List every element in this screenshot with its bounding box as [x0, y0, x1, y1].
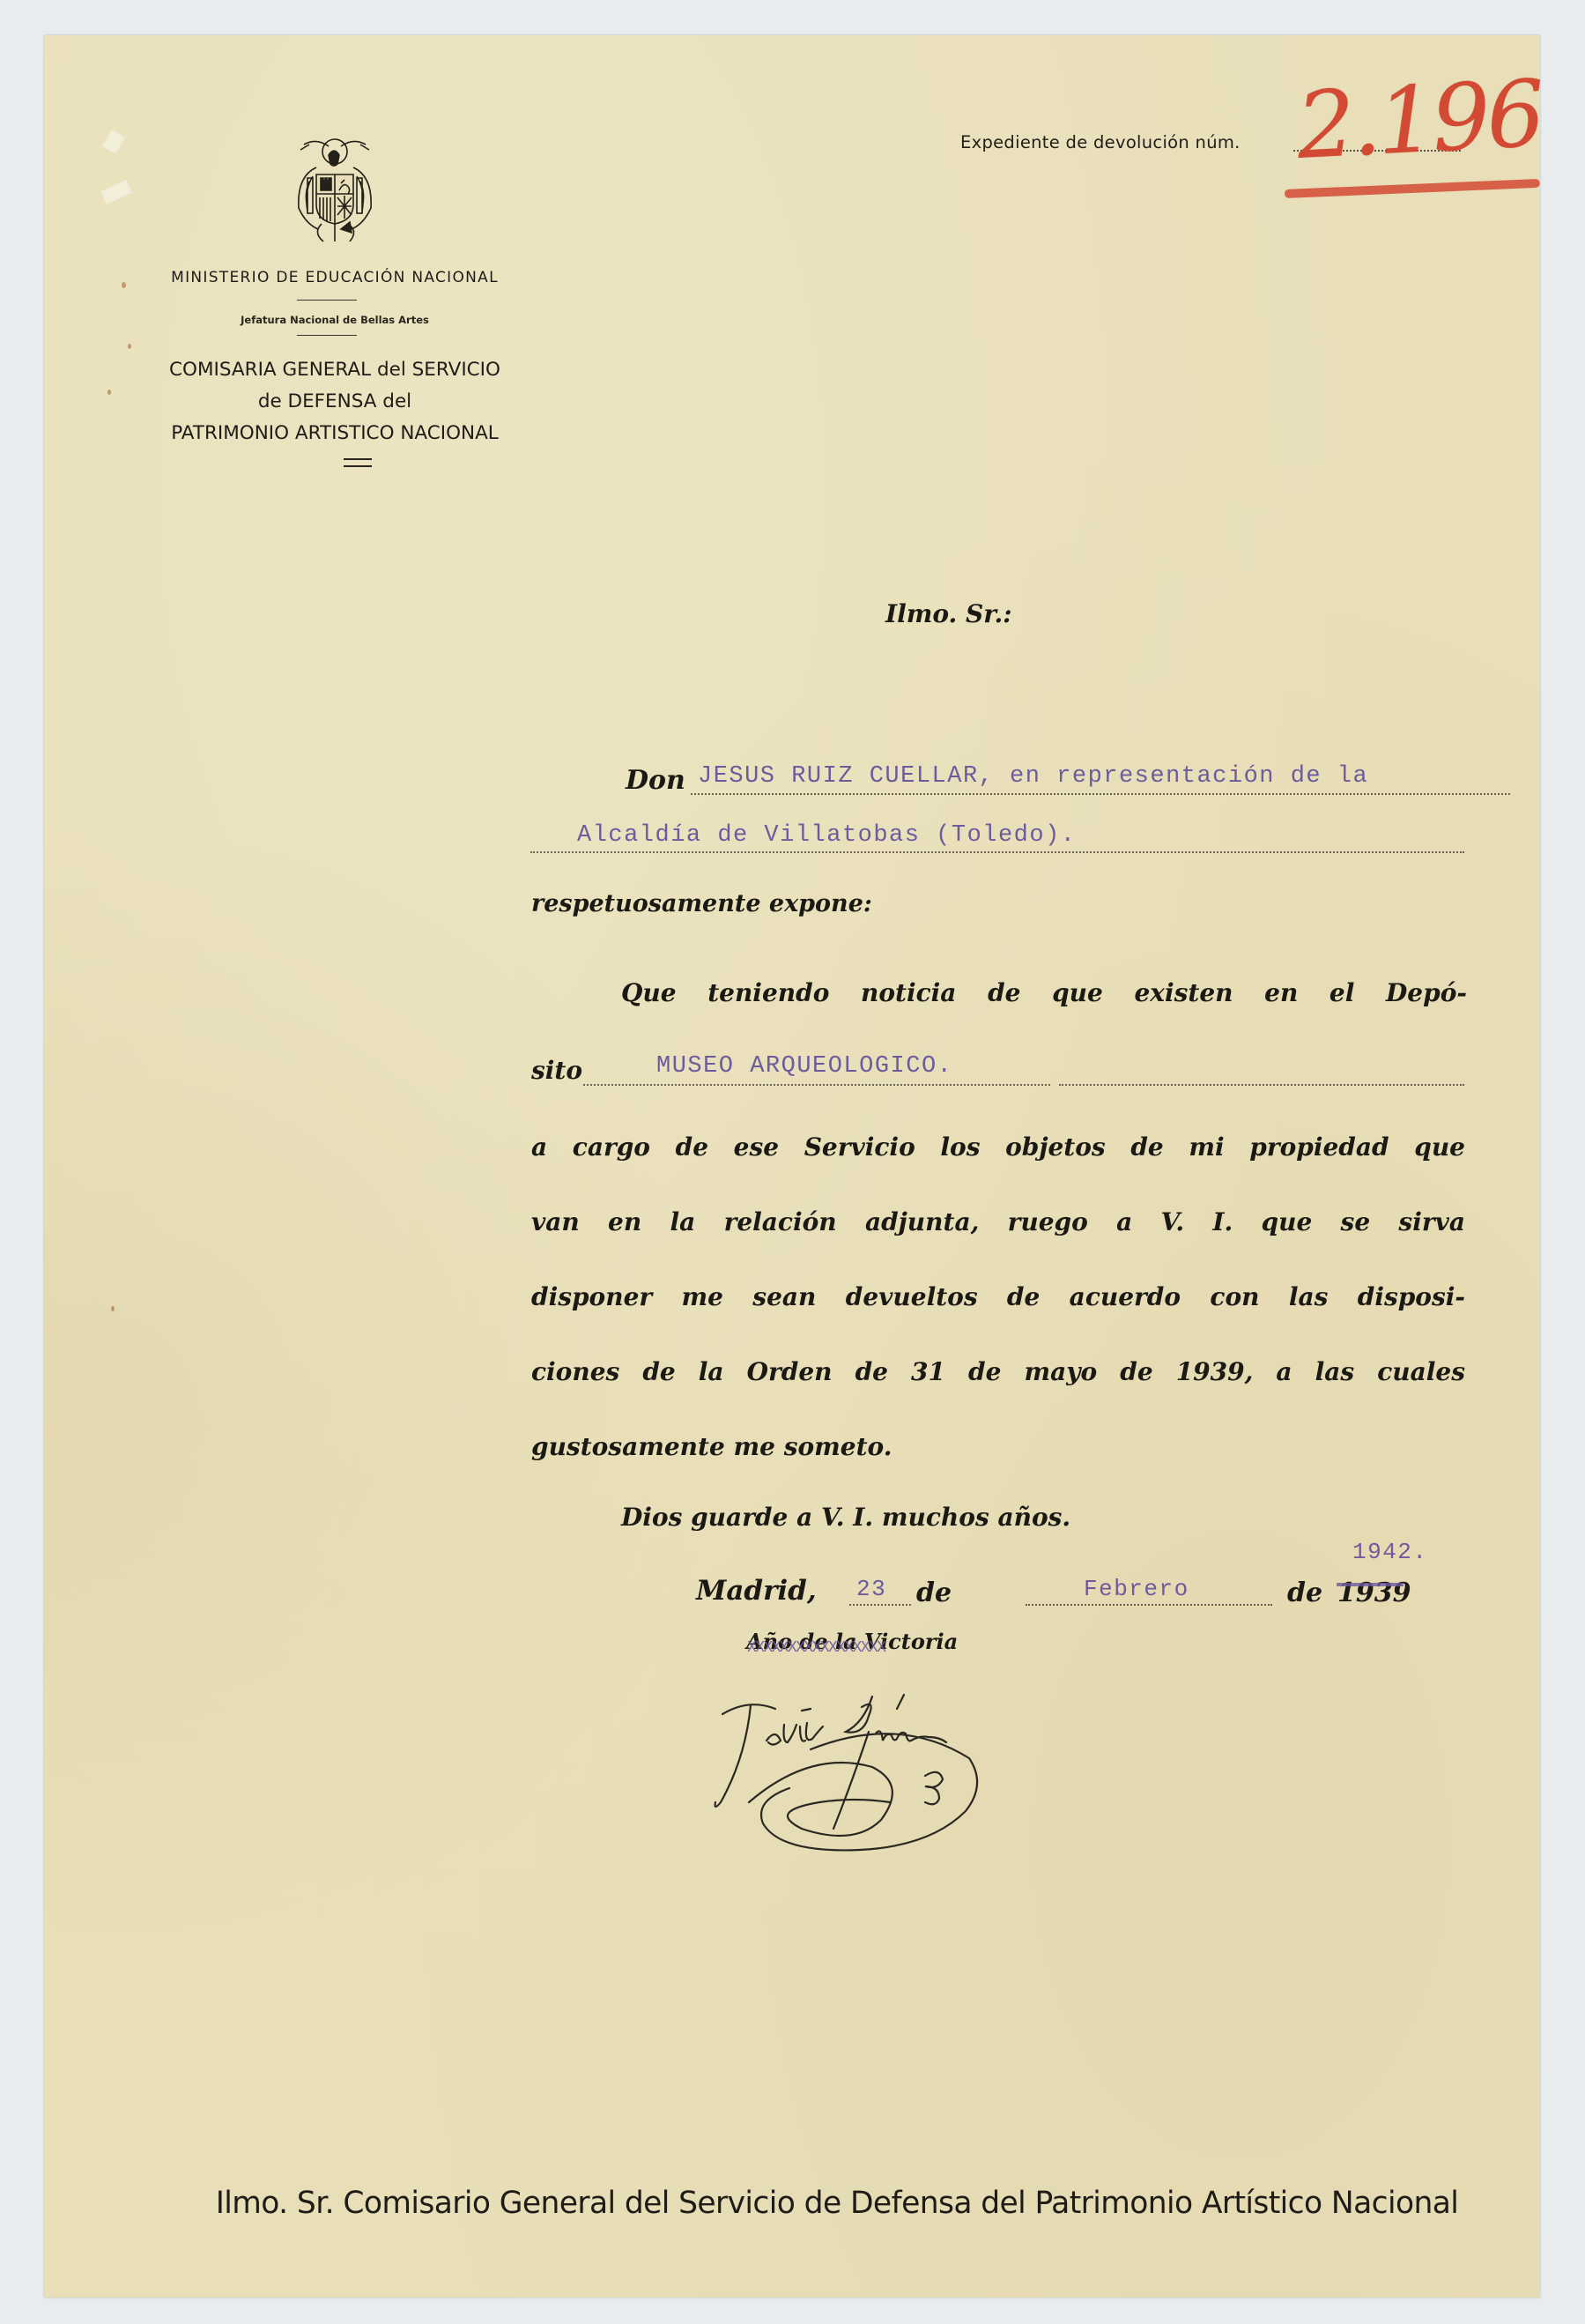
closing-formula: Dios guarde a V. I. muchos años.	[621, 1503, 1070, 1532]
commission-line-3: PATRIMONIO ARTISTICO NACIONAL	[132, 418, 537, 449]
respectfully-states: respetuosamente expone:	[531, 890, 872, 917]
deposit-fill-line-2	[1059, 1059, 1464, 1086]
red-pencil-underline	[1285, 179, 1540, 198]
applicant-typed-line-2: Alcaldía de Villatobas (Toledo).	[577, 822, 1076, 849]
body-line-6: ciones de la Orden de 31 de mayo de 1939…	[531, 1357, 1465, 1386]
file-number-handwritten: 2.196	[1294, 65, 1544, 174]
body-line-5: disponer me sean devueltos de acuerdo co…	[531, 1282, 1465, 1311]
body-line-3: a cargo de ese Servicio los objetos de m…	[531, 1132, 1465, 1162]
body-line-1: Que teniendo noticia de que existen en e…	[621, 978, 1467, 1007]
addressee-footer: Ilmo. Sr. Comisario General del Servicio…	[203, 2186, 1471, 2221]
don-prefix: Don	[626, 765, 685, 796]
commission-line-1: COMISARIA GENERAL del SERVICIO	[132, 354, 537, 386]
commission-line-2: de DEFENSA del	[132, 386, 537, 418]
salutation: Ilmo. Sr.:	[885, 599, 1012, 628]
handwritten-signature-icon	[696, 1670, 1066, 1864]
rust-spot	[128, 344, 131, 349]
document-page: MINISTERIO DE EDUCACIÓN NACIONAL Jefatur…	[44, 35, 1540, 2298]
rust-spot	[111, 1306, 115, 1311]
divider	[297, 300, 357, 301]
department-name: Jefatura Nacional de Bellas Artes	[150, 314, 520, 326]
deposit-label: sito	[531, 1056, 582, 1085]
body-line-4: van en la relación adjunta, ruego a V. I…	[531, 1207, 1465, 1236]
rust-spot	[107, 390, 111, 395]
date-month: Febrero	[1084, 1576, 1189, 1602]
year-strikethrough	[1337, 1583, 1404, 1586]
date-city: Madrid,	[696, 1575, 817, 1607]
double-rule	[344, 458, 372, 467]
date-de-1: de	[916, 1578, 952, 1608]
deposit-typed: MUSEO ARQUEOLOGICO.	[656, 1053, 952, 1080]
motto-overtype-strike: XXXXXXXXXXXXXXXXX	[747, 1641, 1001, 1655]
coat-of-arms-icon	[286, 132, 383, 245]
applicant-typed-line-1: JESUS RUIZ CUELLAR, en representación de…	[698, 763, 1368, 790]
body-line-7: gustosamente me someto.	[531, 1432, 892, 1461]
rust-spot	[122, 282, 126, 288]
staple-mark	[100, 180, 132, 204]
date-day: 23	[856, 1576, 886, 1602]
date-de-2: de	[1287, 1578, 1322, 1608]
ministry-name: MINISTERIO DE EDUCACIÓN NACIONAL	[150, 269, 520, 286]
divider	[297, 335, 357, 336]
staple-mark	[102, 130, 126, 154]
typed-year: 1942.	[1352, 1539, 1428, 1565]
commission-name: COMISARIA GENERAL del SERVICIO de DEFENS…	[132, 354, 537, 449]
file-number-label: Expediente de devolución núm.	[960, 132, 1241, 152]
